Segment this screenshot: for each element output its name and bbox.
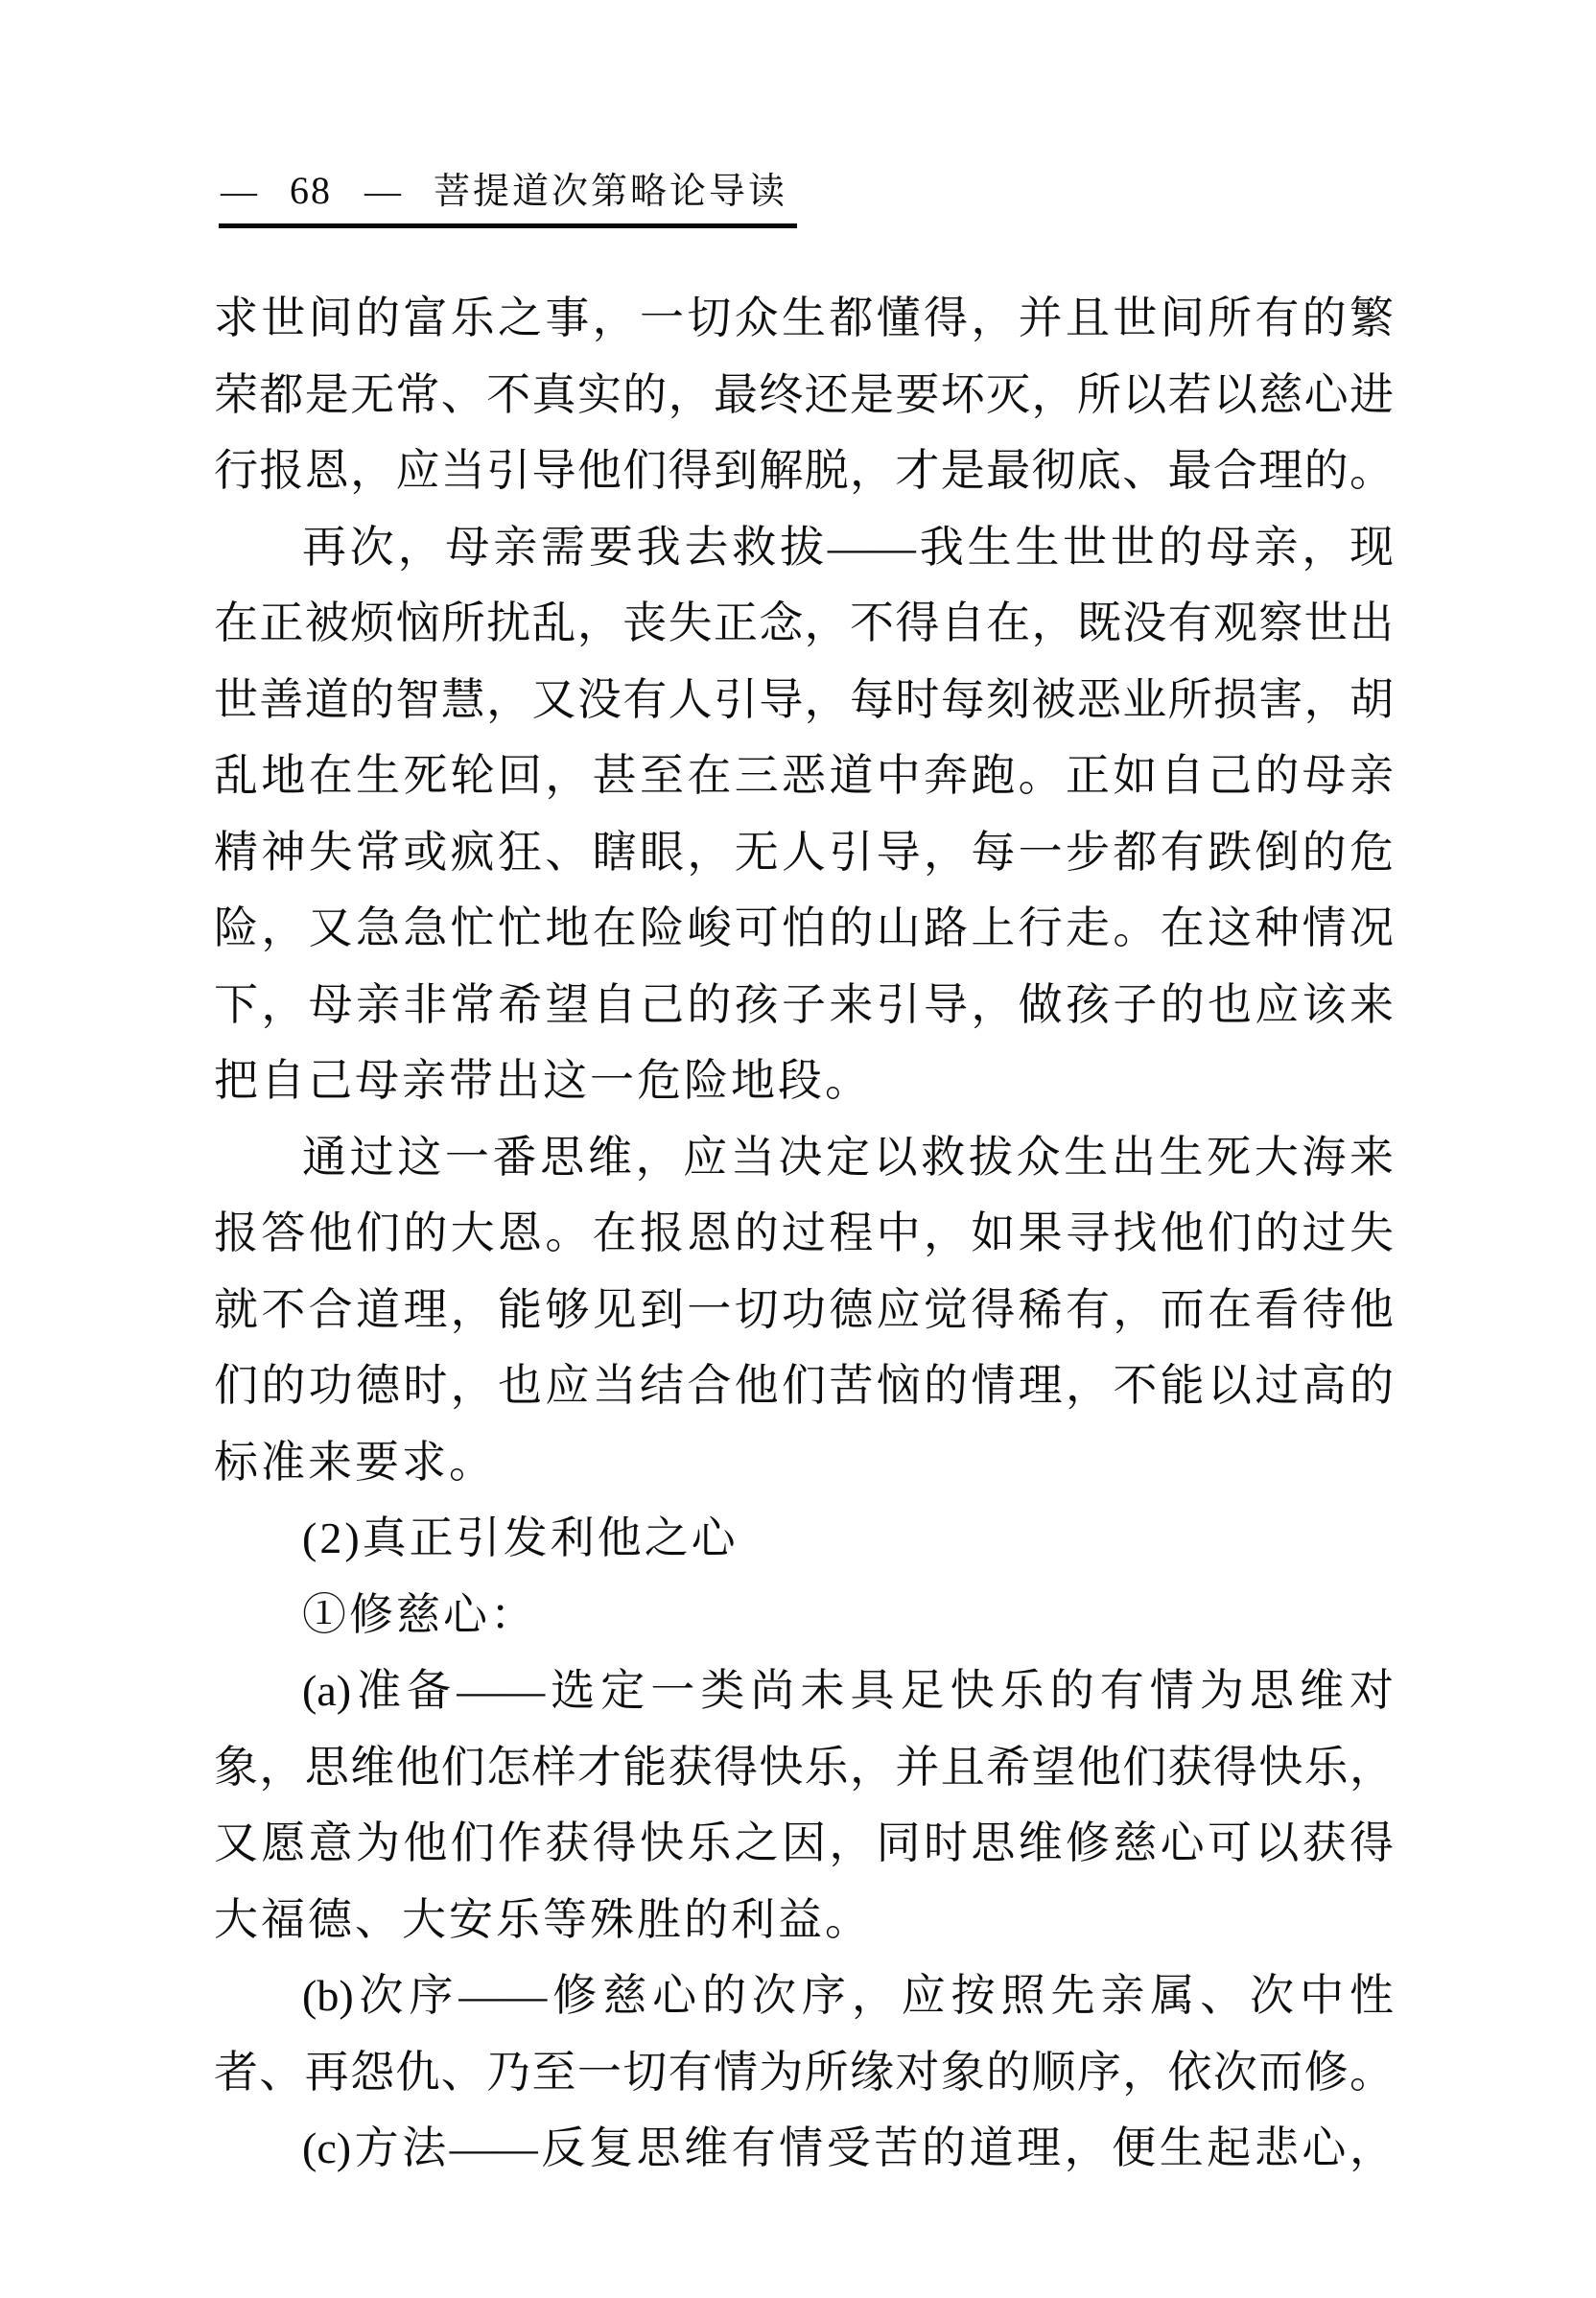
text-line: 荣都是无常、不真实的，最终还是要坏灭，所以若以慈心进 (214, 357, 1394, 434)
page-header: — 68 — 菩提道次第略论导读 (219, 169, 797, 228)
text-line: (a)准备——选定一类尚未具足快乐的有情为思维对 (214, 1653, 1394, 1729)
text-line: 精神失常或疯狂、瞎眼，无人引导，每一步都有跌倒的危 (214, 814, 1394, 891)
text-line: 把自己母亲带出这一危险地段。 (214, 1043, 1394, 1119)
page-body: 求世间的富乐之事，一切众生都懂得，并且世间所有的繁 荣都是无常、不真实的，最终还… (214, 280, 1394, 2187)
text-line: 再次，母亲需要我去救拔——我生生世世的母亲，现 (214, 509, 1394, 586)
text-line: 者、再怨仇、乃至一切有情为所缘对象的顺序，依次而修。 (214, 2034, 1394, 2111)
text-line: 乱地在生死轮回，甚至在三恶道中奔跑。正如自己的母亲 (214, 738, 1394, 814)
text-line: 在正被烦恼所扰乱，丧失正念，不得自在，既没有观察世出 (214, 585, 1394, 662)
text-line: 们的功德时，也应当结合他们苦恼的情理，不能以过高的 (214, 1348, 1394, 1424)
header-dash-right: — (364, 170, 401, 214)
text-line: ①修慈心： (214, 1577, 1394, 1653)
header-dash-left: — (221, 170, 257, 214)
text-line: (c)方法——反复思维有情受苦的道理，便生起悲心， (214, 2110, 1394, 2187)
text-line: 象，思维他们怎样才能获得快乐，并且希望他们获得快乐， (214, 1729, 1394, 1806)
text-line: 又愿意为他们作获得快乐之因，同时思维修慈心可以获得 (214, 1805, 1394, 1882)
text-line: 行报恩，应当引导他们得到解脱，才是最彻底、最合理的。 (214, 433, 1394, 509)
text-line: 通过这一番思维，应当决定以救拔众生出生死大海来 (214, 1119, 1394, 1196)
text-line: (b)次序——修慈心的次序，应按照先亲属、次中性 (214, 1958, 1394, 2034)
page-number: 68 (290, 169, 332, 213)
text-line: 报答他们的大恩。在报恩的过程中，如果寻找他们的过失 (214, 1195, 1394, 1272)
text-line: 求世间的富乐之事，一切众生都懂得，并且世间所有的繁 (214, 280, 1394, 357)
text-line: 大福德、大安乐等殊胜的利益。 (214, 1882, 1394, 1958)
book-title: 菩提道次第略论导读 (434, 170, 787, 214)
text-line: (2)真正引发利他之心 (214, 1500, 1394, 1577)
text-line: 标准来要求。 (214, 1424, 1394, 1501)
text-line: 世善道的智慧，又没有人引导，每时每刻被恶业所损害，胡 (214, 662, 1394, 739)
text-line: 下，母亲非常希望自己的孩子来引导，做孩子的也应该来 (214, 967, 1394, 1043)
text-line: 就不合道理，能够见到一切功德应觉得稀有，而在看待他 (214, 1272, 1394, 1348)
text-line: 险，又急急忙忙地在险峻可怕的山路上行走。在这种情况 (214, 890, 1394, 967)
